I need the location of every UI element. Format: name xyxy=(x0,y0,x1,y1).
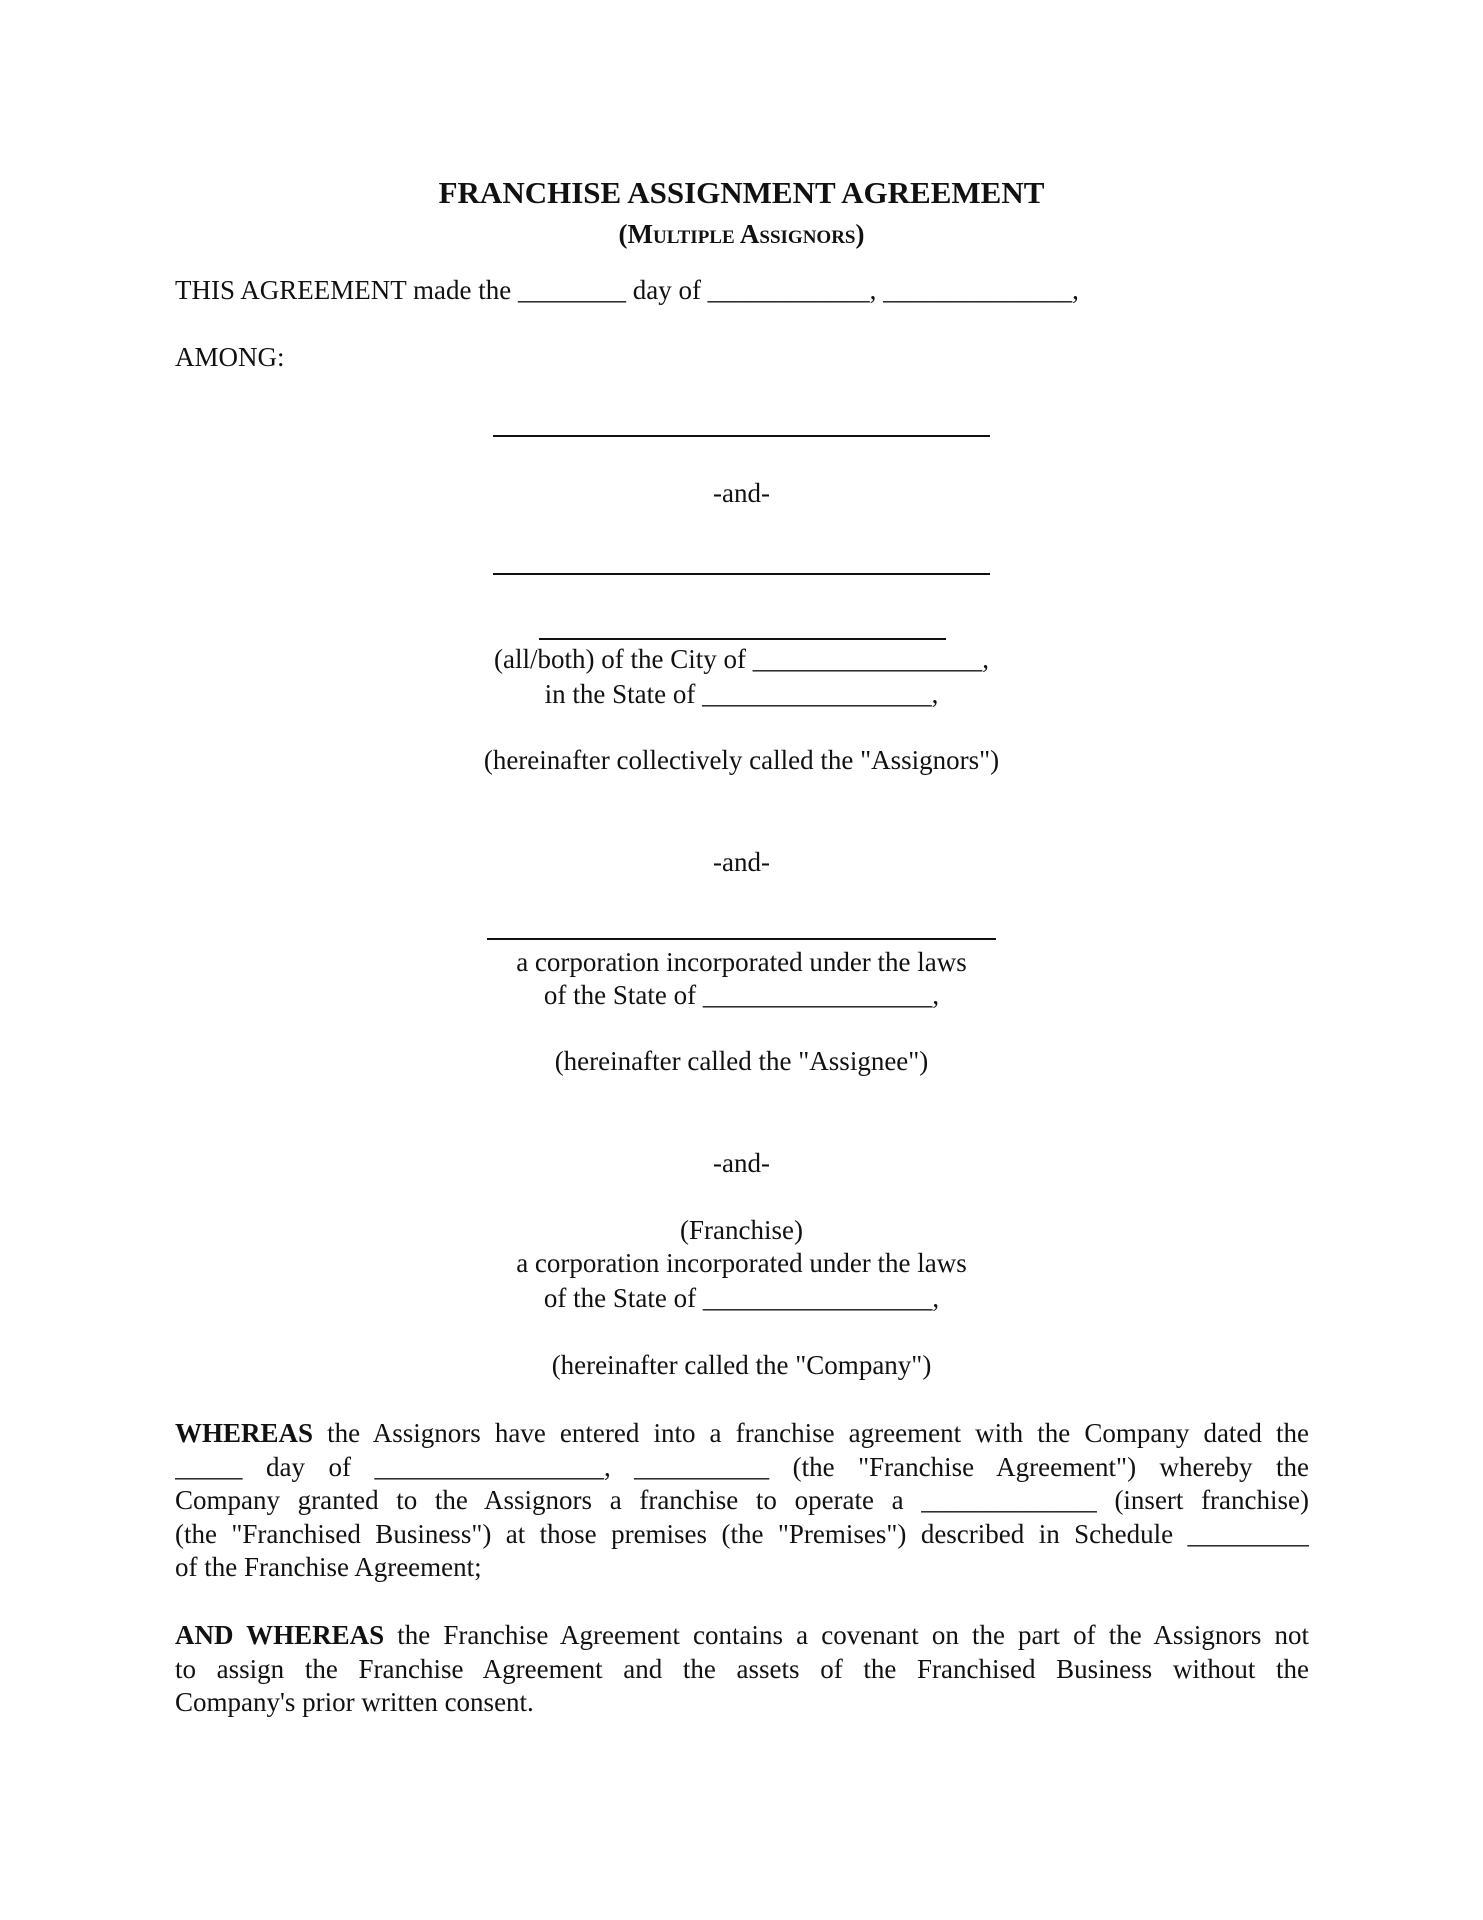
recital-lead: WHEREAS xyxy=(175,1418,313,1448)
party-separator: -and- xyxy=(0,1146,1483,1180)
document-title: FRANCHISE ASSIGNMENT AGREEMENT xyxy=(0,176,1483,210)
recital-line: to assign the Franchise Agreement and th… xyxy=(175,1652,1309,1686)
recital-line: Company granted to the Assignors a franc… xyxy=(175,1483,1309,1517)
recital-lead: AND WHEREAS xyxy=(175,1620,384,1650)
among-label: AMONG: xyxy=(175,340,285,374)
whereas-recital: WHEREAS the Assignors have entered into … xyxy=(175,1416,1309,1584)
recital-line: (the "Franchised Business") at those pre… xyxy=(175,1517,1309,1551)
assignor-3-blank[interactable] xyxy=(539,638,946,640)
company-incorporation-line: a corporation incorporated under the law… xyxy=(0,1246,1483,1280)
company-state-line: of the State of _________________, xyxy=(0,1281,1483,1315)
assignee-incorporation-line: a corporation incorporated under the law… xyxy=(0,945,1483,979)
opening-line: THIS AGREEMENT made the ________ day of … xyxy=(175,273,1079,307)
assignor-2-blank[interactable] xyxy=(493,573,990,575)
party-separator: -and- xyxy=(0,845,1483,879)
company-name-placeholder: (Franchise) xyxy=(0,1213,1483,1247)
company-designation: (hereinafter called the "Company") xyxy=(0,1348,1483,1382)
assignors-city-line: (all/both) of the City of ______________… xyxy=(0,642,1483,676)
and-whereas-recital: AND WHEREAS the Franchise Agreement cont… xyxy=(175,1618,1309,1719)
recital-line: of the Franchise Agreement; xyxy=(175,1550,1309,1584)
assignee-state-line: of the State of _________________, xyxy=(0,978,1483,1012)
assignors-designation: (hereinafter collectively called the "As… xyxy=(0,743,1483,777)
assignee-name-blank[interactable] xyxy=(487,938,996,940)
recital-line: AND WHEREAS the Franchise Agreement cont… xyxy=(175,1618,1309,1652)
recital-line: _____ day of _________________, ________… xyxy=(175,1450,1309,1484)
party-separator: -and- xyxy=(0,476,1483,510)
assignors-state-line: in the State of _________________, xyxy=(0,677,1483,711)
recital-line: Company's prior written consent. xyxy=(175,1685,1309,1719)
assignor-1-blank[interactable] xyxy=(493,435,990,437)
recital-line: WHEREAS the Assignors have entered into … xyxy=(175,1416,1309,1450)
assignee-designation: (hereinafter called the "Assignee") xyxy=(0,1044,1483,1078)
document-subtitle: (Multiple Assignors) xyxy=(0,217,1483,251)
